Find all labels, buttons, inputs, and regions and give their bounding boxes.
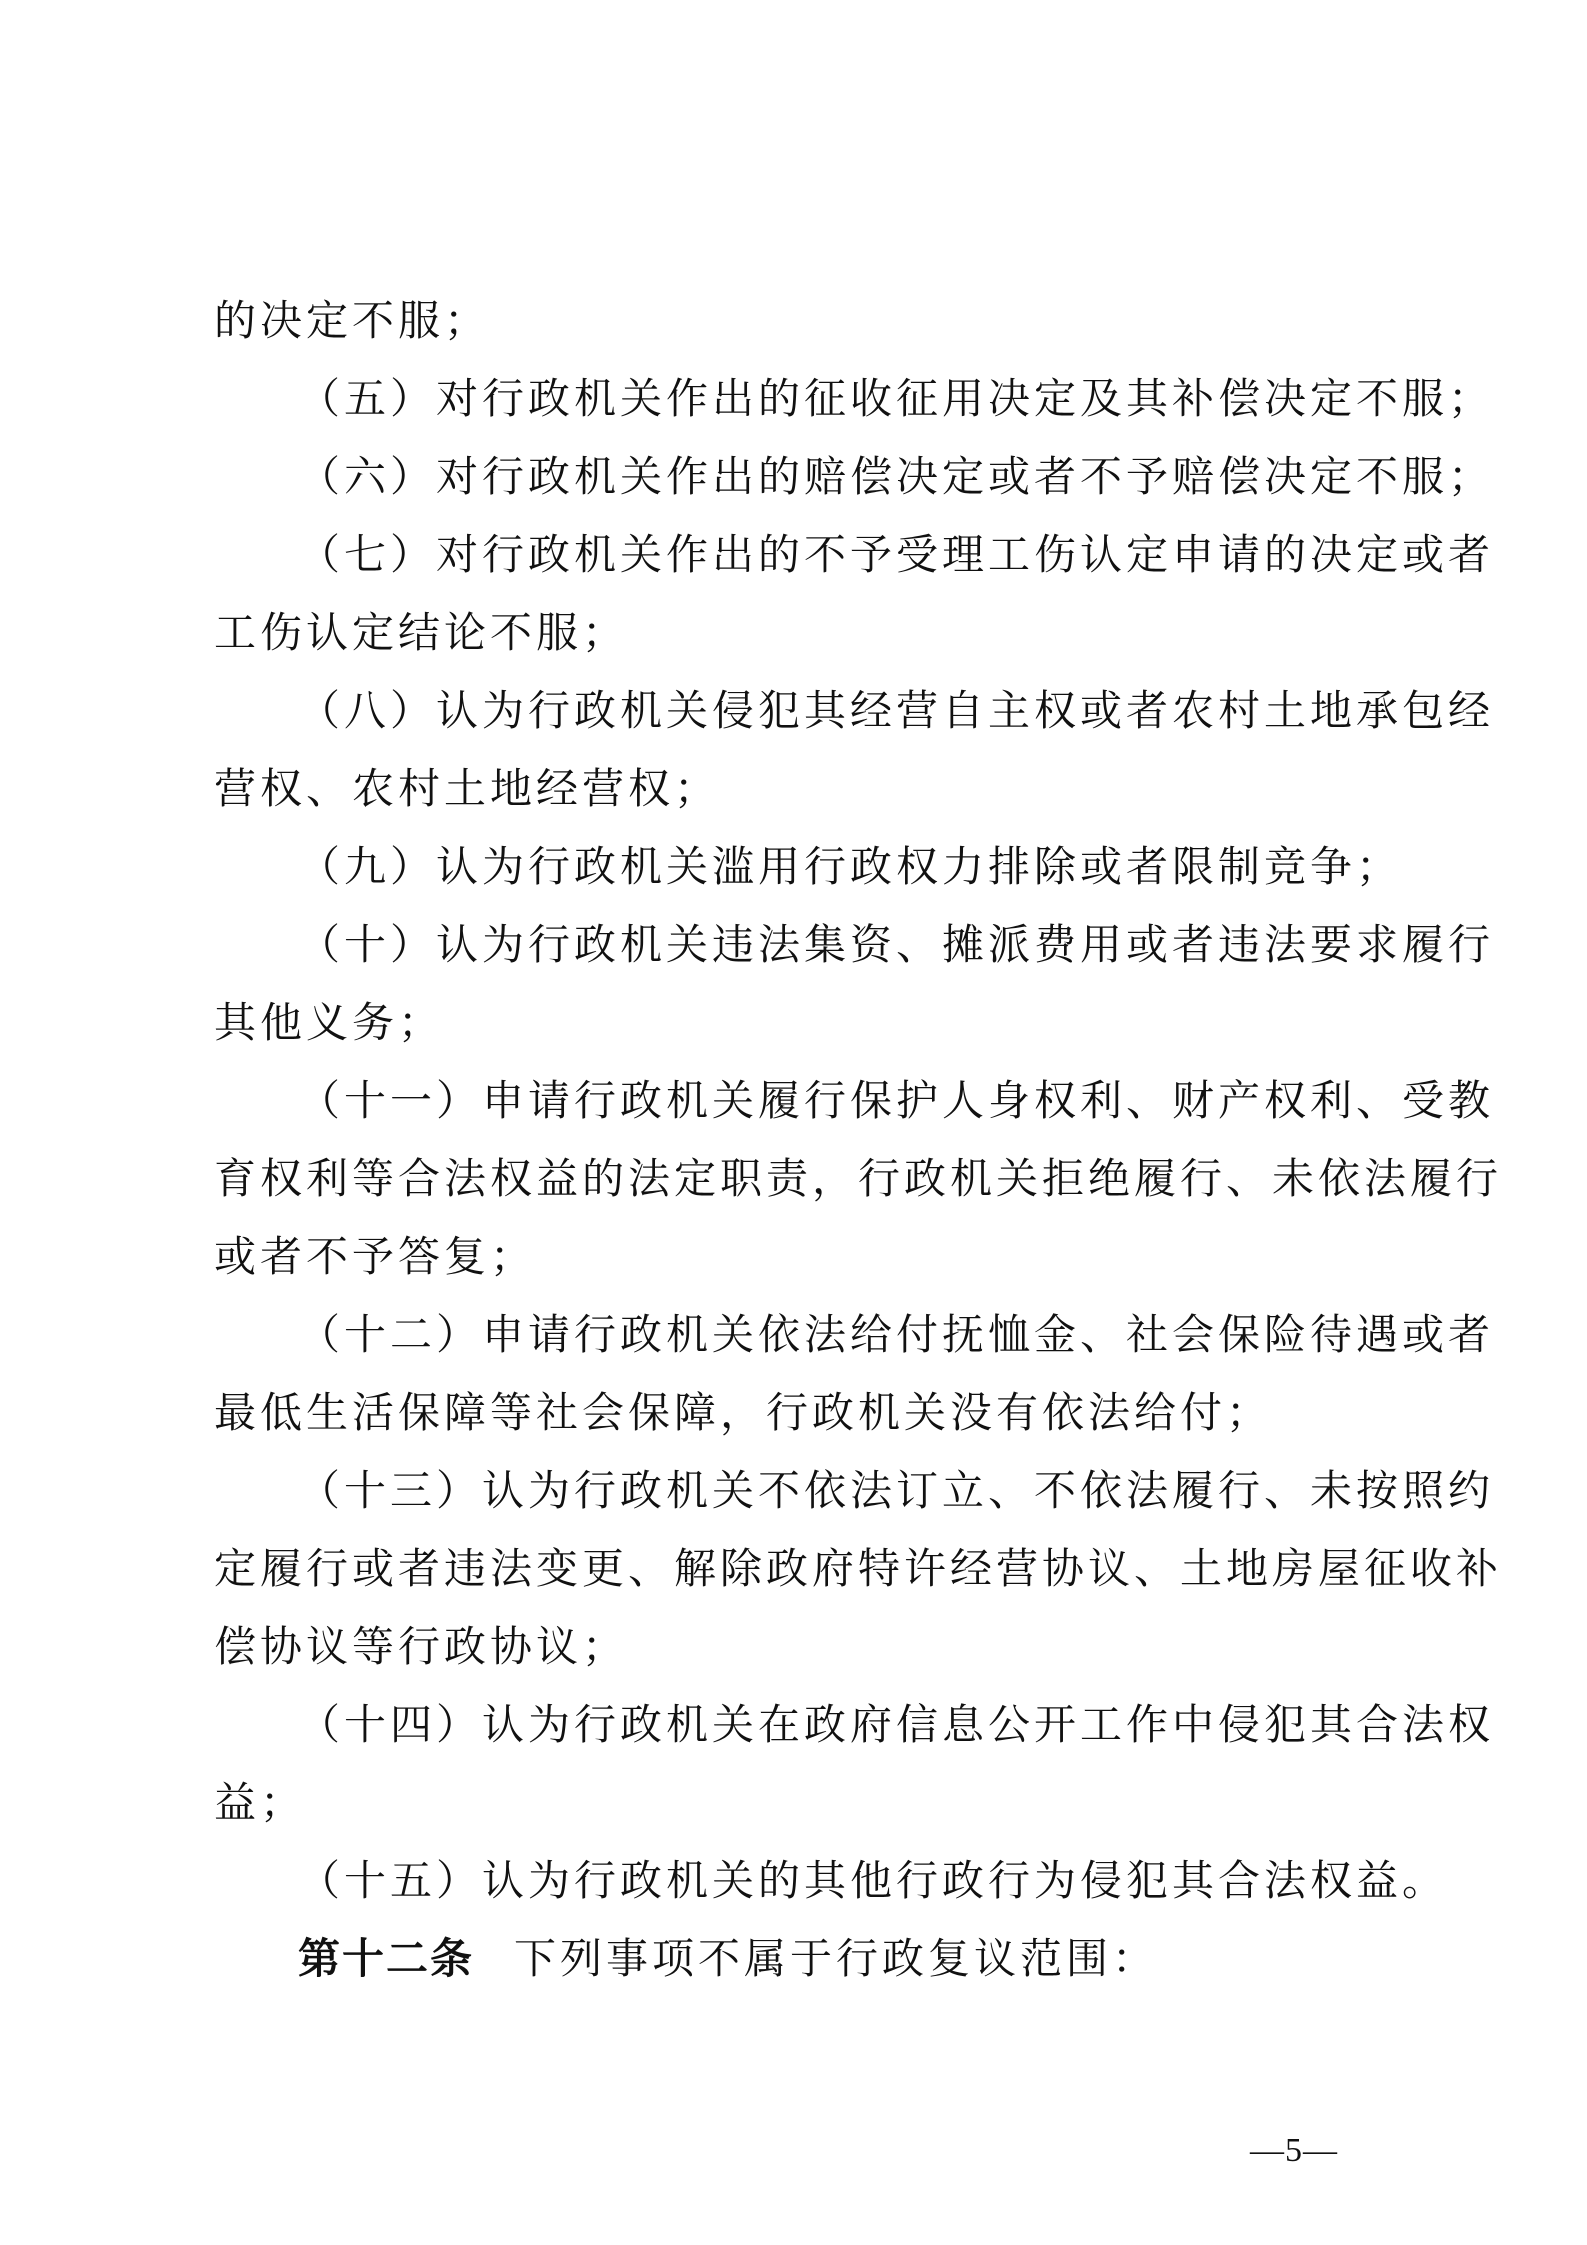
text-line: （七）对行政机关作出的不予受理工伤认定申请的决定或者: [298, 522, 1478, 588]
article-text: 下列事项不属于行政复议范围：: [514, 1934, 1158, 1983]
text-line: （五）对行政机关作出的征收征用决定及其补偿决定不服；: [298, 366, 1478, 432]
text-line: 最低生活保障等社会保障，行政机关没有依法给付；: [214, 1380, 1394, 1446]
text-line: 的决定不服；: [214, 288, 1394, 354]
text-line: （八）认为行政机关侵犯其经营自主权或者农村土地承包经: [298, 678, 1478, 744]
text-line: （十四）认为行政机关在政府信息公开工作中侵犯其合法权: [298, 1692, 1478, 1758]
text-line: 益；: [214, 1770, 1394, 1836]
document-page: 的决定不服；（五）对行政机关作出的征收征用决定及其补偿决定不服；（六）对行政机关…: [0, 0, 1587, 2245]
text-line: 育权利等合法权益的法定职责，行政机关拒绝履行、未依法履行: [214, 1146, 1394, 1212]
text-line: 其他义务；: [214, 990, 1394, 1056]
article-heading: 第十二条: [298, 1934, 474, 1983]
page-number: —5—: [1250, 2132, 1338, 2170]
text-line: （十三）认为行政机关不依法订立、不依法履行、未按照约: [298, 1458, 1478, 1524]
text-line: （六）对行政机关作出的赔偿决定或者不予赔偿决定不服；: [298, 444, 1478, 510]
text-line: （十二）申请行政机关依法给付抚恤金、社会保险待遇或者: [298, 1302, 1478, 1368]
text-line: 偿协议等行政协议；: [214, 1614, 1394, 1680]
text-line: （十）认为行政机关违法集资、摊派费用或者违法要求履行: [298, 912, 1478, 978]
text-line: （十五）认为行政机关的其他行政行为侵犯其合法权益。: [298, 1848, 1478, 1914]
text-line: 营权、农村土地经营权；: [214, 756, 1394, 822]
text-line: 定履行或者违法变更、解除政府特许经营协议、土地房屋征收补: [214, 1536, 1394, 1602]
text-line: （九）认为行政机关滥用行政权力排除或者限制竞争；: [298, 834, 1478, 900]
text-line: 工伤认定结论不服；: [214, 600, 1394, 666]
article-twelve: 第十二条下列事项不属于行政复议范围：: [298, 1926, 1158, 1993]
text-line: （十一）申请行政机关履行保护人身权利、财产权利、受教: [298, 1068, 1478, 1134]
text-line: 或者不予答复；: [214, 1224, 1394, 1290]
